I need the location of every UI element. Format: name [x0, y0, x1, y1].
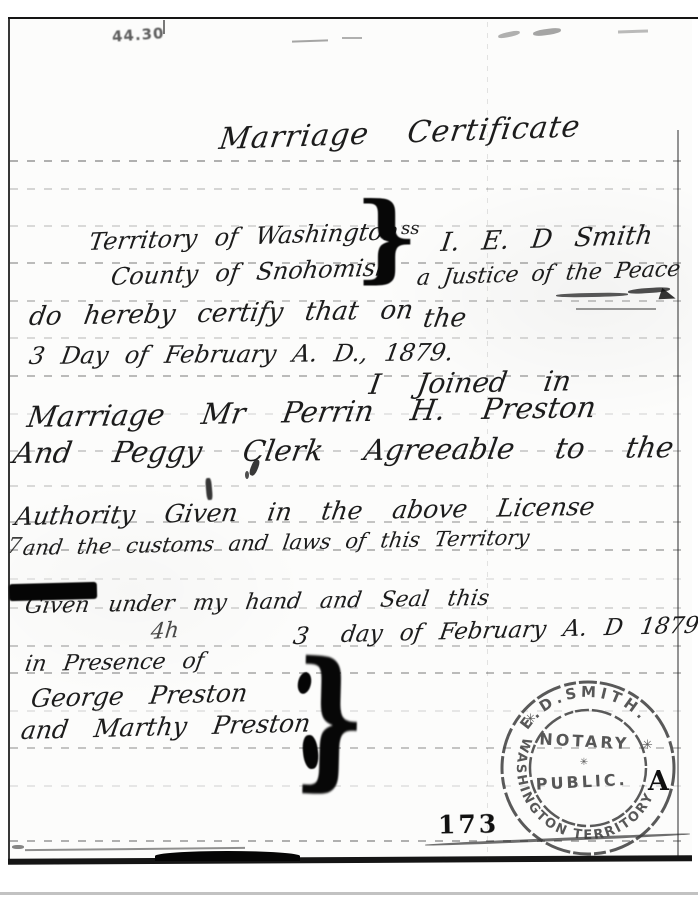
- presence-line: in Presence of: [23, 649, 206, 677]
- page-number: 173: [438, 809, 500, 839]
- bride-line: And Peggy Clerk Agreeable to the: [11, 430, 676, 470]
- ink-blot-left: [9, 582, 97, 601]
- day-scribble-mark: 4h: [149, 618, 180, 645]
- ruled-line: [10, 578, 690, 580]
- corner-letter: A: [648, 766, 669, 797]
- stamp-center-mark-icon: ✳: [580, 757, 588, 768]
- bottom-streak: [12, 845, 24, 849]
- ruled-line: [10, 485, 690, 487]
- top-margin-scribble: 44.30: [111, 24, 165, 46]
- top-tick-mark: [163, 20, 165, 34]
- ruled-line: [10, 188, 690, 190]
- ss-label: ss: [401, 218, 419, 239]
- scanned-marriage-certificate: { "document": { "title": "Marriage Certi…: [0, 0, 698, 900]
- stamp-star-left-icon: ✳: [525, 712, 536, 727]
- stamp-inner-circle: [530, 710, 646, 826]
- bottom-ink-blob: [155, 851, 300, 861]
- witness-ink-brace: }: [292, 628, 369, 807]
- ruled-line: [10, 160, 690, 162]
- stamp-notary-text: NOTARY: [539, 729, 630, 753]
- ruled-line: [10, 375, 690, 377]
- stamp-star-right-icon: ✳: [642, 738, 653, 753]
- smudge-mark: [576, 308, 656, 310]
- scan-edge-left: [8, 17, 10, 862]
- certify-line-the: the: [421, 303, 468, 334]
- date-line: 3 Day of February A. D., 1879.: [27, 338, 456, 370]
- scan-edge-top: [8, 17, 698, 19]
- witness-1: George Preston: [29, 678, 249, 713]
- top-smudge: [342, 37, 362, 39]
- scan-line-bottom-gray: [0, 892, 698, 895]
- ink-speck: [245, 471, 249, 479]
- stamp-public-text: PUBLIC.: [535, 770, 628, 794]
